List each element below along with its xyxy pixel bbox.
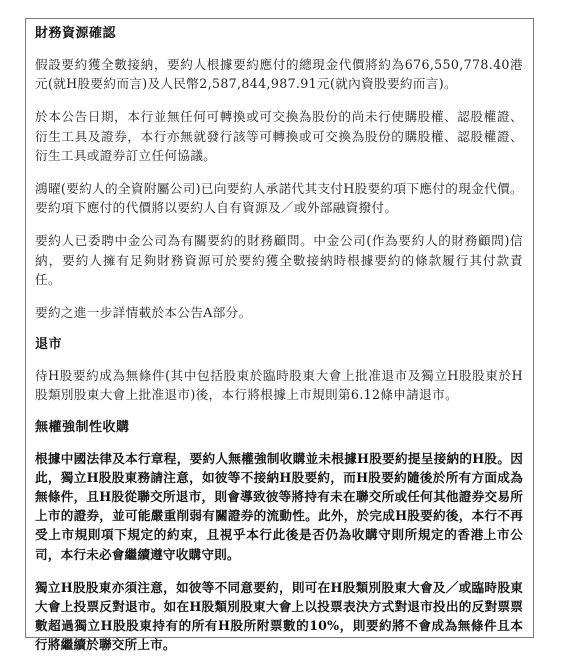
paragraph-voting-against-delisting: 獨立H股股東亦須注意，如彼等不同意要約，則可在H股類別股東大會及／或臨時股東大會… [35,578,523,655]
heading-financial-resources: 財務資源確認 [35,25,523,43]
paragraph-no-convertibles: 於本公告日期，本行並無任何可轉換或可交換為股份的尚未行使購股權、認股權證、衍生工… [35,107,523,165]
paragraph-compulsory-acquisition-warning: 根據中國法律及本行章程，要約人無權強制收購並未根據H股要約提呈接納的H股。因此，… [35,449,523,564]
heading-delisting: 退市 [35,336,523,354]
paragraph-further-details: 要約之進一步詳情載於本公告A部分。 [35,303,523,322]
paragraph-financial-adviser: 要約人已委聘中金公司為有關要約的財務顧問。中金公司(作為要約人的財務顧問)信納，… [35,231,523,289]
paragraph-funding-undertaking: 鴻曜(要約人的全資附屬公司)已向要約人承諾代其支付H股要約項下應付的現金代價。要… [35,179,523,217]
heading-no-compulsory-acquisition: 無權強制性收購 [35,419,523,437]
paragraph-total-consideration: 假設要約獲全數接納，要約人根據要約應付的總現金代價將約為676,550,778.… [35,55,523,93]
announcement-box: 財務資源確認 假設要約獲全數接納，要約人根據要約應付的總現金代價將約為676,5… [25,18,534,638]
paragraph-delisting: 待H股要約成為無條件(其中包括股東於臨時股東大會上批准退市及獨立H股股東於H股類… [35,366,523,404]
